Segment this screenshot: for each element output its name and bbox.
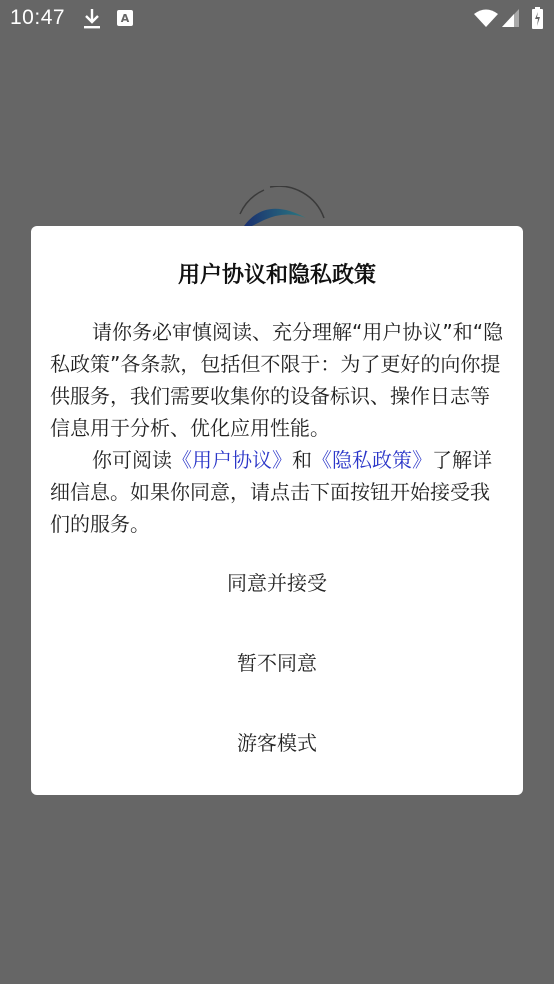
guest-mode-button[interactable]: 游客模式 bbox=[31, 723, 523, 763]
links-prefix: 你可阅读 bbox=[92, 448, 172, 472]
dialog-title: 用户协议和隐私政策 bbox=[31, 258, 523, 289]
links-middle: 和 bbox=[292, 448, 312, 472]
agree-button[interactable]: 同意并接受 bbox=[31, 563, 523, 603]
svg-text:A: A bbox=[121, 12, 130, 25]
dialog-body: 请你务必审慎阅读、充分理解“用户协议”和“隐私政策”各条款，包括但不限于：为了更… bbox=[50, 316, 506, 540]
user-agreement-link[interactable]: 《用户协议》 bbox=[172, 448, 292, 472]
privacy-policy-link[interactable]: 《隐私政策》 bbox=[312, 448, 432, 472]
paragraph-links: 你可阅读《用户协议》和《隐私政策》了解详细信息。如果你同意，请点击下面按钮开始接… bbox=[50, 444, 506, 540]
status-bar: 10:47 A bbox=[0, 0, 554, 38]
font-a-icon: A bbox=[117, 10, 133, 26]
disagree-button[interactable]: 暂不同意 bbox=[31, 643, 523, 683]
paragraph-intro: 请你务必审慎阅读、充分理解“用户协议”和“隐私政策”各条款，包括但不限于：为了更… bbox=[50, 316, 506, 444]
battery-charging-icon bbox=[532, 7, 543, 29]
cell-signal-icon bbox=[502, 9, 519, 27]
wifi-icon bbox=[474, 9, 498, 27]
status-time: 10:47 bbox=[10, 6, 65, 30]
download-icon bbox=[82, 8, 102, 30]
privacy-dialog: 用户协议和隐私政策 请你务必审慎阅读、充分理解“用户协议”和“隐私政策”各条款，… bbox=[31, 226, 523, 795]
